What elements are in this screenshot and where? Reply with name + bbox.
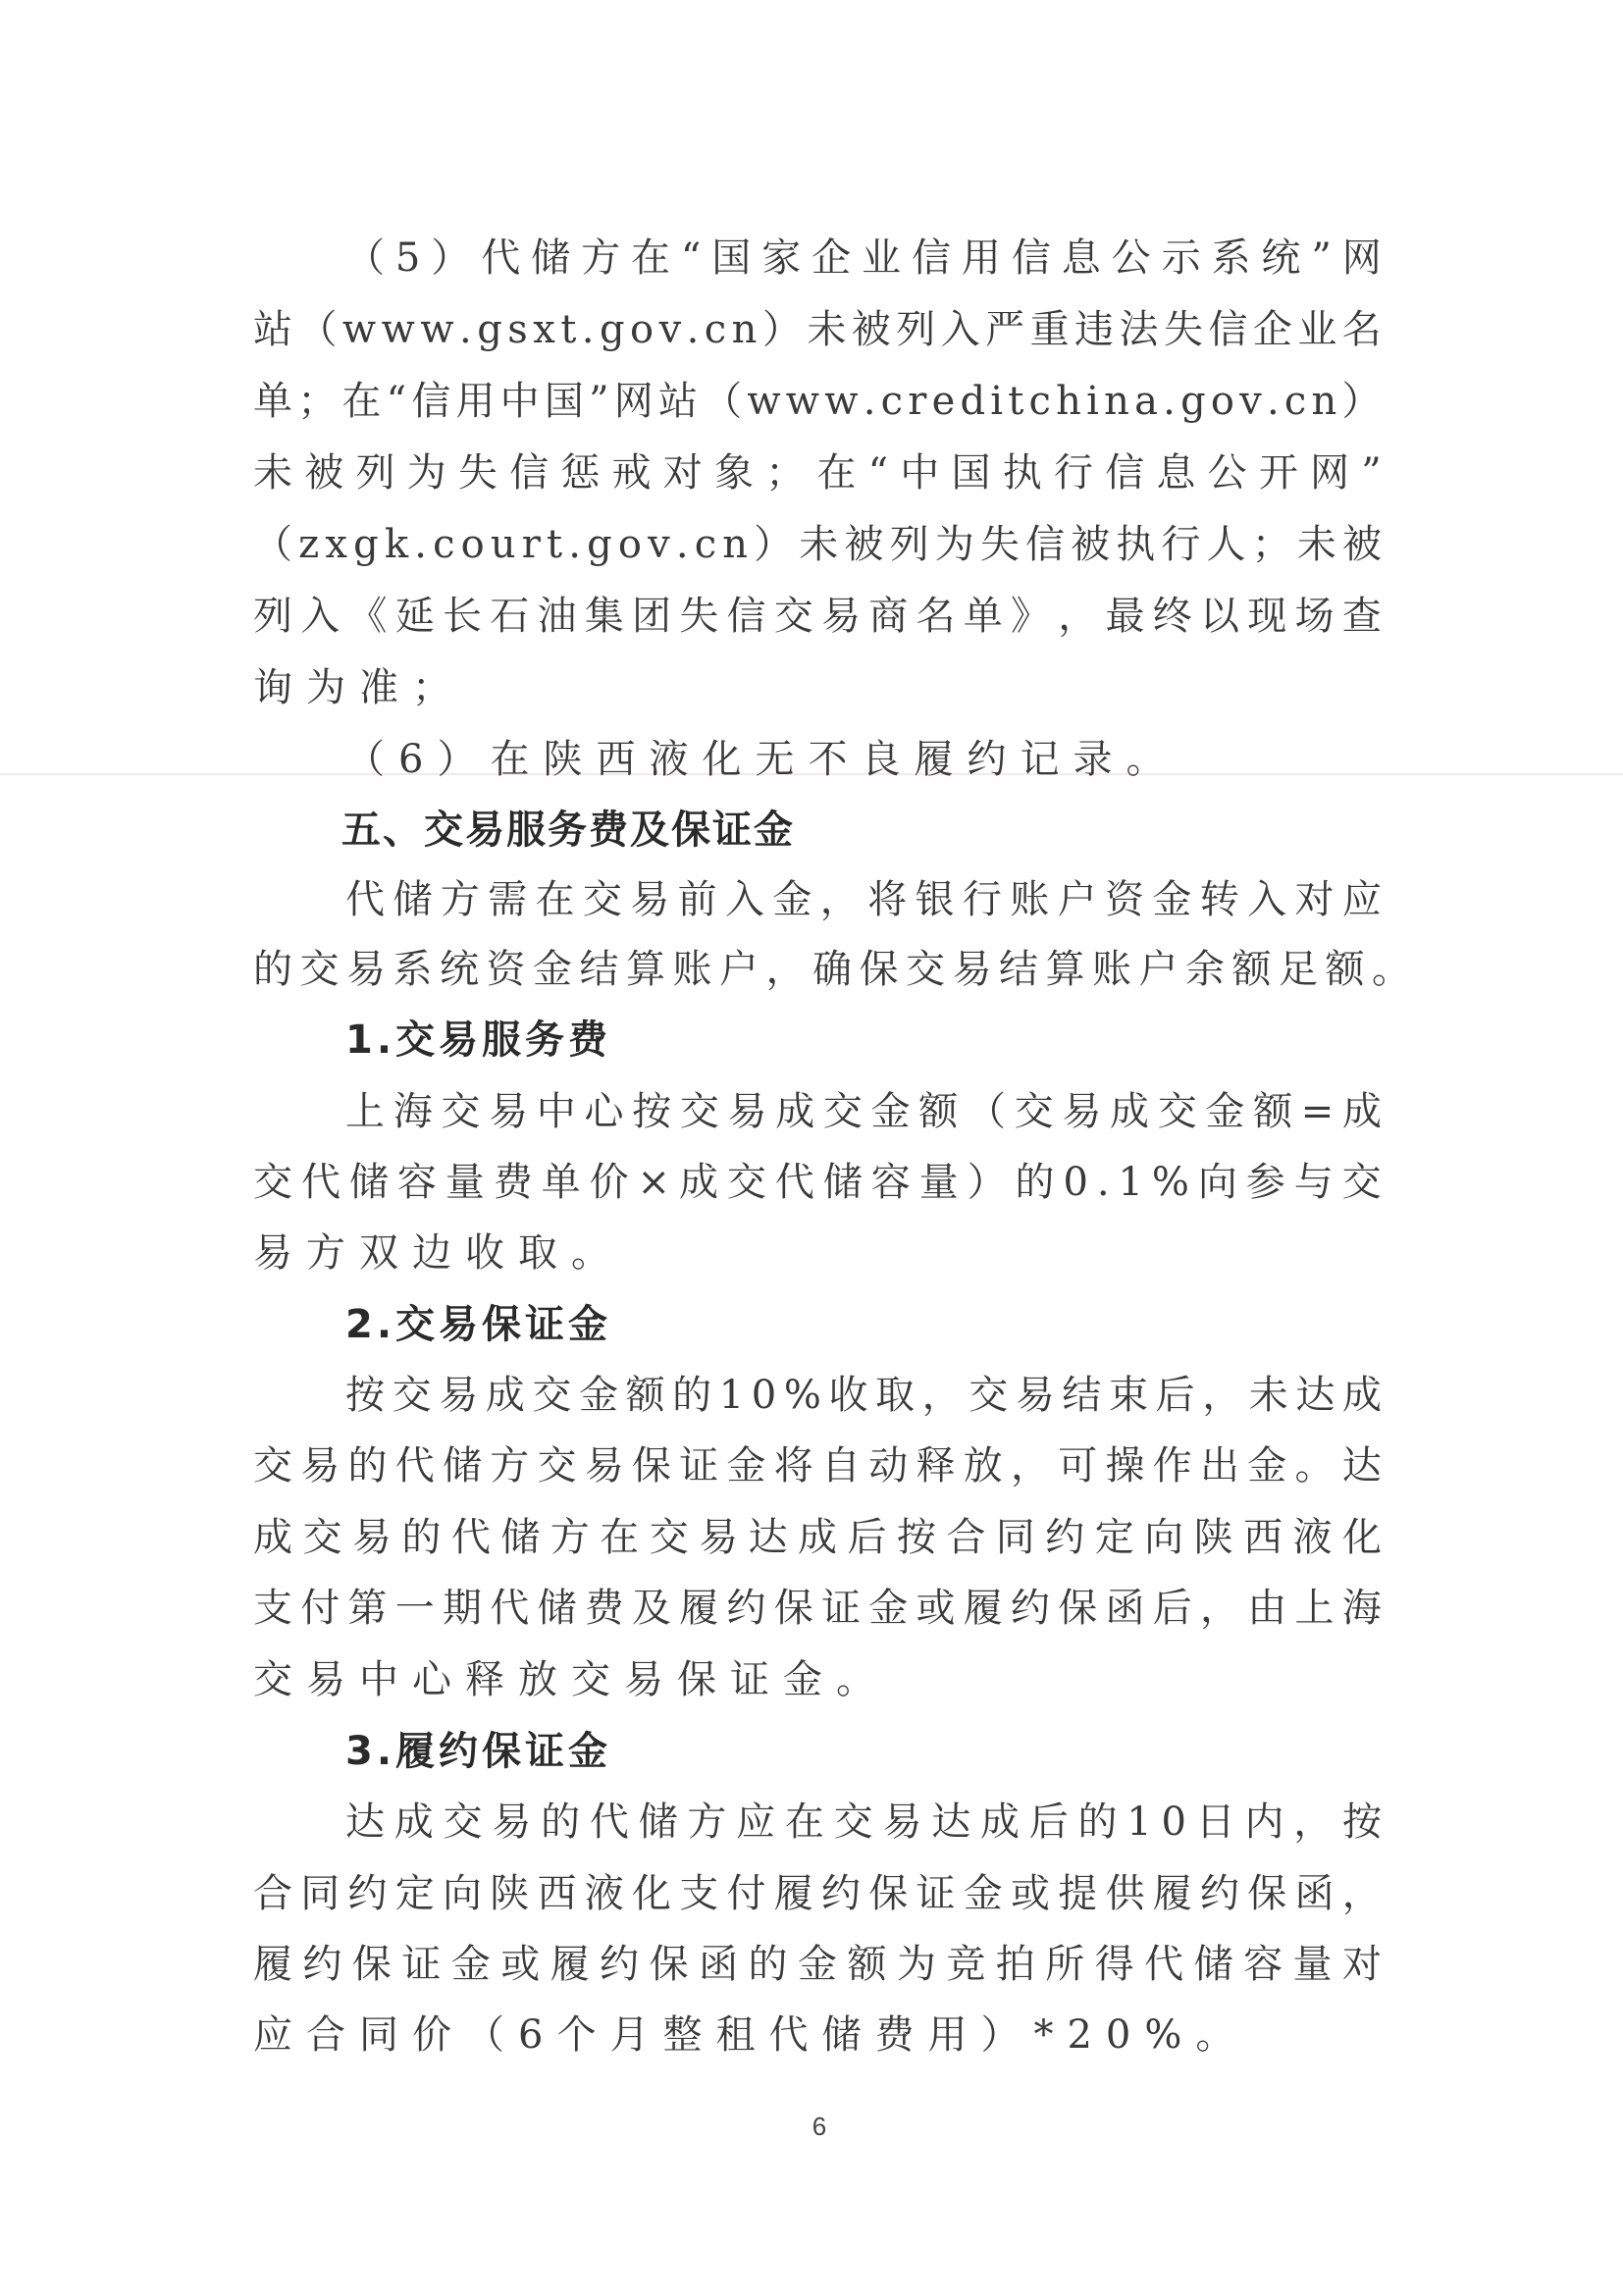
- paragraph-line: 合同约定向陕西液化支付履约保证金或提供履约保函，: [253, 1866, 1382, 1921]
- paragraph-line: 支付第一期代储费及履约保证金或履约保函后，由上海: [253, 1581, 1382, 1636]
- paragraph-line: 交代储容量费单价×成交代储容量）的0.1%向参与交: [253, 1155, 1382, 1210]
- paragraph-line: （zxgk.court.gov.cn）未被列为失信被执行人；未被: [253, 517, 1382, 572]
- paragraph-line: 代储方需在交易前入金，将银行账户资金转入对应: [345, 872, 1382, 927]
- paragraph-line: 达成交易的代储方应在交易达成后的10日内，按: [345, 1795, 1382, 1850]
- paragraph-line: 询为准；: [253, 660, 1382, 715]
- paragraph-line: 交易的代储方交易保证金将自动释放，可操作出金。达: [253, 1438, 1382, 1493]
- paragraph-line: 应合同价（6个月整租代储费用）*20%。: [253, 2008, 1382, 2062]
- paragraph-line: 上海交易中心按交易成交金额（交易成交金额=成: [345, 1084, 1382, 1139]
- paragraph-line: 列入《延长石油集团失信交易商名单》，最终以现场查: [253, 589, 1382, 644]
- paragraph-line: 易方双边收取。: [253, 1226, 1382, 1280]
- paragraph-line: 履约保证金或履约保函的金额为竞拍所得代储容量对: [253, 1937, 1382, 1992]
- subsection-heading: 1.交易服务费: [345, 1013, 1474, 1068]
- paragraph-line: 未被列为失信惩戒对象；在“中国执行信息公开网”: [253, 445, 1382, 500]
- paragraph-line: （5）代储方在“国家企业信用信息公示系统”网: [345, 231, 1382, 286]
- paragraph-line: 单；在“信用中国”网站（www.creditchina.gov.cn）: [253, 374, 1382, 429]
- subsection-heading: 3.履约保证金: [345, 1724, 1474, 1779]
- page-number: 6: [805, 2112, 834, 2142]
- paragraph-line: 交易中心释放交易保证金。: [253, 1652, 1382, 1707]
- paragraph-line: 的交易系统资金结算账户，确保交易结算账户余额足额。: [253, 942, 1411, 997]
- document-page: （5）代储方在“国家企业信用信息公示系统”网 站（www.gsxt.gov.cn…: [0, 0, 1623, 2296]
- paragraph-line: （6）在陕西液化无不良履约记录。: [345, 732, 1382, 787]
- paragraph-line: 按交易成交金额的10%收取，交易结束后，未达成: [345, 1368, 1382, 1423]
- subsection-heading: 2.交易保证金: [345, 1297, 1474, 1352]
- paragraph-line: 站（www.gsxt.gov.cn）未被列入严重违法失信企业名: [253, 302, 1382, 357]
- paragraph-line: 成交易的代储方在交易达成后按合同约定向陕西液化: [253, 1510, 1382, 1565]
- section-heading: 五、交易服务费及保证金: [341, 803, 1470, 858]
